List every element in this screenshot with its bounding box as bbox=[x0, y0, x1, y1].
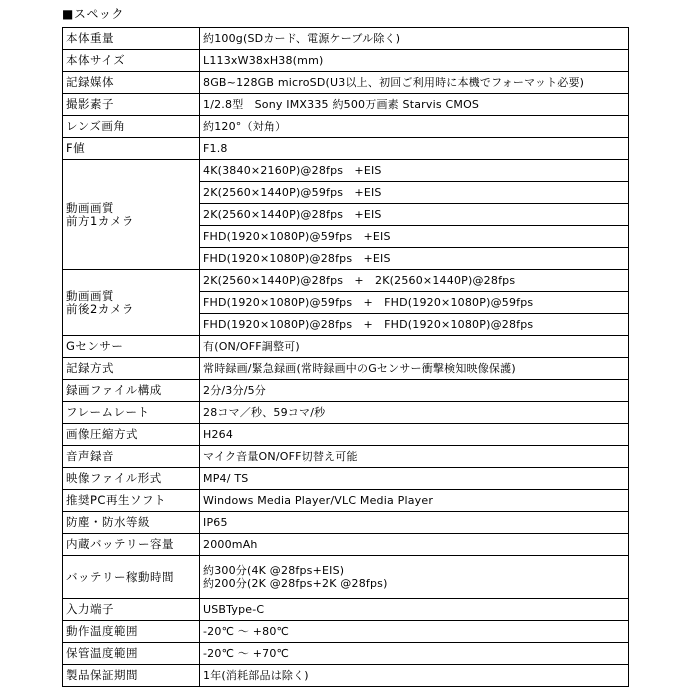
spec-value: 28コマ／秒、59コマ/秒 bbox=[200, 402, 629, 424]
spec-key: 防塵・防水等級 bbox=[63, 512, 200, 534]
spec-key-front-camera: 動画画質 前方1カメラ bbox=[63, 160, 200, 270]
table-row: レンズ画角 約120°（対角） bbox=[63, 116, 629, 138]
table-row: 映像ファイル形式 MP4/ TS bbox=[63, 468, 629, 490]
spec-key-line: 前方1カメラ bbox=[66, 215, 196, 228]
spec-value: 有(ON/OFF調整可) bbox=[200, 336, 629, 358]
spec-value: FHD(1920×1080P)@59fps +EIS bbox=[200, 226, 629, 248]
spec-value: 4K(3840×2160P)@28fps +EIS bbox=[200, 160, 629, 182]
table-row: 内蔵バッテリー容量 2000mAh bbox=[63, 534, 629, 556]
spec-key: 音声録音 bbox=[63, 446, 200, 468]
table-row: 本体サイズ L113xW38xH38(mm) bbox=[63, 50, 629, 72]
spec-key: 本体重量 bbox=[63, 28, 200, 50]
spec-value: 常時録画/緊急録画(常時録画中のGセンサー衝撃検知映像保護) bbox=[200, 358, 629, 380]
spec-value: 約120°（対角） bbox=[200, 116, 629, 138]
spec-key-line: 動画画質 bbox=[66, 202, 196, 215]
spec-value: 1/2.8型 Sony IMX335 約500万画素 Starvis CMOS bbox=[200, 94, 629, 116]
table-row: 動画画質 前方1カメラ 4K(3840×2160P)@28fps +EIS bbox=[63, 160, 629, 182]
spec-value: MP4/ TS bbox=[200, 468, 629, 490]
spec-value: 1年(消耗部品は除く) bbox=[200, 665, 629, 687]
spec-key: バッテリー稼動時間 bbox=[63, 556, 200, 599]
spec-value: FHD(1920×1080P)@59fps + FHD(1920×1080P)@… bbox=[200, 292, 629, 314]
spec-key-dual-camera: 動画画質 前後2カメラ bbox=[63, 270, 200, 336]
spec-key-line: 動画画質 bbox=[66, 290, 196, 303]
spec-table: 本体重量 約100g(SDカード、電源ケーブル除く) 本体サイズ L113xW3… bbox=[62, 27, 629, 687]
spec-key: 製品保証期間 bbox=[63, 665, 200, 687]
spec-value: 約100g(SDカード、電源ケーブル除く) bbox=[200, 28, 629, 50]
spec-key: 記録媒体 bbox=[63, 72, 200, 94]
spec-value: USBType-C bbox=[200, 599, 629, 621]
spec-key: 記録方式 bbox=[63, 358, 200, 380]
table-row: 録画ファイル構成 2分/3分/5分 bbox=[63, 380, 629, 402]
spec-value: L113xW38xH38(mm) bbox=[200, 50, 629, 72]
spec-key: 保管温度範囲 bbox=[63, 643, 200, 665]
spec-value-line: 約300分(4K @28fps+EIS) bbox=[203, 564, 625, 577]
spec-key: 入力端子 bbox=[63, 599, 200, 621]
table-row: フレームレート 28コマ／秒、59コマ/秒 bbox=[63, 402, 629, 424]
spec-key: 撮影素子 bbox=[63, 94, 200, 116]
spec-value: 2K(2560×1440P)@59fps +EIS bbox=[200, 182, 629, 204]
table-row: 撮影素子 1/2.8型 Sony IMX335 約500万画素 Starvis … bbox=[63, 94, 629, 116]
table-row: 音声録音 マイク音量ON/OFF切替え可能 bbox=[63, 446, 629, 468]
table-row: F値 F1.8 bbox=[63, 138, 629, 160]
spec-value: 2K(2560×1440P)@28fps + 2K(2560×1440P)@28… bbox=[200, 270, 629, 292]
table-row: 防塵・防水等級 IP65 bbox=[63, 512, 629, 534]
spec-value: F1.8 bbox=[200, 138, 629, 160]
section-heading: ■スペック bbox=[62, 5, 124, 22]
table-row: 推奨PC再生ソフト Windows Media Player/VLC Media… bbox=[63, 490, 629, 512]
table-row: バッテリー稼動時間 約300分(4K @28fps+EIS) 約200分(2K … bbox=[63, 556, 629, 599]
spec-value: -20℃ ～ +70℃ bbox=[200, 643, 629, 665]
table-row: 保管温度範囲 -20℃ ～ +70℃ bbox=[63, 643, 629, 665]
spec-value: 8GB~128GB microSD(U3以上、初回ご利用時に本機でフォーマット必… bbox=[200, 72, 629, 94]
spec-key: 映像ファイル形式 bbox=[63, 468, 200, 490]
table-row: 本体重量 約100g(SDカード、電源ケーブル除く) bbox=[63, 28, 629, 50]
spec-key: 内蔵バッテリー容量 bbox=[63, 534, 200, 556]
spec-value: FHD(1920×1080P)@28fps +EIS bbox=[200, 248, 629, 270]
spec-key: レンズ画角 bbox=[63, 116, 200, 138]
spec-value: 2分/3分/5分 bbox=[200, 380, 629, 402]
spec-value: Windows Media Player/VLC Media Player bbox=[200, 490, 629, 512]
spec-value-line: 約200分(2K @28fps+2K @28fps) bbox=[203, 577, 625, 590]
table-row: 画像圧縮方式 H264 bbox=[63, 424, 629, 446]
spec-key: 録画ファイル構成 bbox=[63, 380, 200, 402]
spec-value: -20℃ ～ +80℃ bbox=[200, 621, 629, 643]
spec-key-line: 前後2カメラ bbox=[66, 303, 196, 316]
spec-key: フレームレート bbox=[63, 402, 200, 424]
spec-value: FHD(1920×1080P)@28fps + FHD(1920×1080P)@… bbox=[200, 314, 629, 336]
spec-value: マイク音量ON/OFF切替え可能 bbox=[200, 446, 629, 468]
table-row: 動作温度範囲 -20℃ ～ +80℃ bbox=[63, 621, 629, 643]
spec-value-battery-time: 約300分(4K @28fps+EIS) 約200分(2K @28fps+2K … bbox=[200, 556, 629, 599]
spec-value: IP65 bbox=[200, 512, 629, 534]
spec-key: Gセンサー bbox=[63, 336, 200, 358]
table-row: 動画画質 前後2カメラ 2K(2560×1440P)@28fps + 2K(25… bbox=[63, 270, 629, 292]
spec-key: 推奨PC再生ソフト bbox=[63, 490, 200, 512]
spec-key: 動作温度範囲 bbox=[63, 621, 200, 643]
spec-key: 本体サイズ bbox=[63, 50, 200, 72]
table-row: Gセンサー 有(ON/OFF調整可) bbox=[63, 336, 629, 358]
spec-key: 画像圧縮方式 bbox=[63, 424, 200, 446]
spec-value: 2K(2560×1440P)@28fps +EIS bbox=[200, 204, 629, 226]
spec-key: F値 bbox=[63, 138, 200, 160]
table-row: 記録方式 常時録画/緊急録画(常時録画中のGセンサー衝撃検知映像保護) bbox=[63, 358, 629, 380]
table-row: 記録媒体 8GB~128GB microSD(U3以上、初回ご利用時に本機でフォ… bbox=[63, 72, 629, 94]
table-row: 入力端子 USBType-C bbox=[63, 599, 629, 621]
table-row: 製品保証期間 1年(消耗部品は除く) bbox=[63, 665, 629, 687]
spec-value: H264 bbox=[200, 424, 629, 446]
spec-value: 2000mAh bbox=[200, 534, 629, 556]
